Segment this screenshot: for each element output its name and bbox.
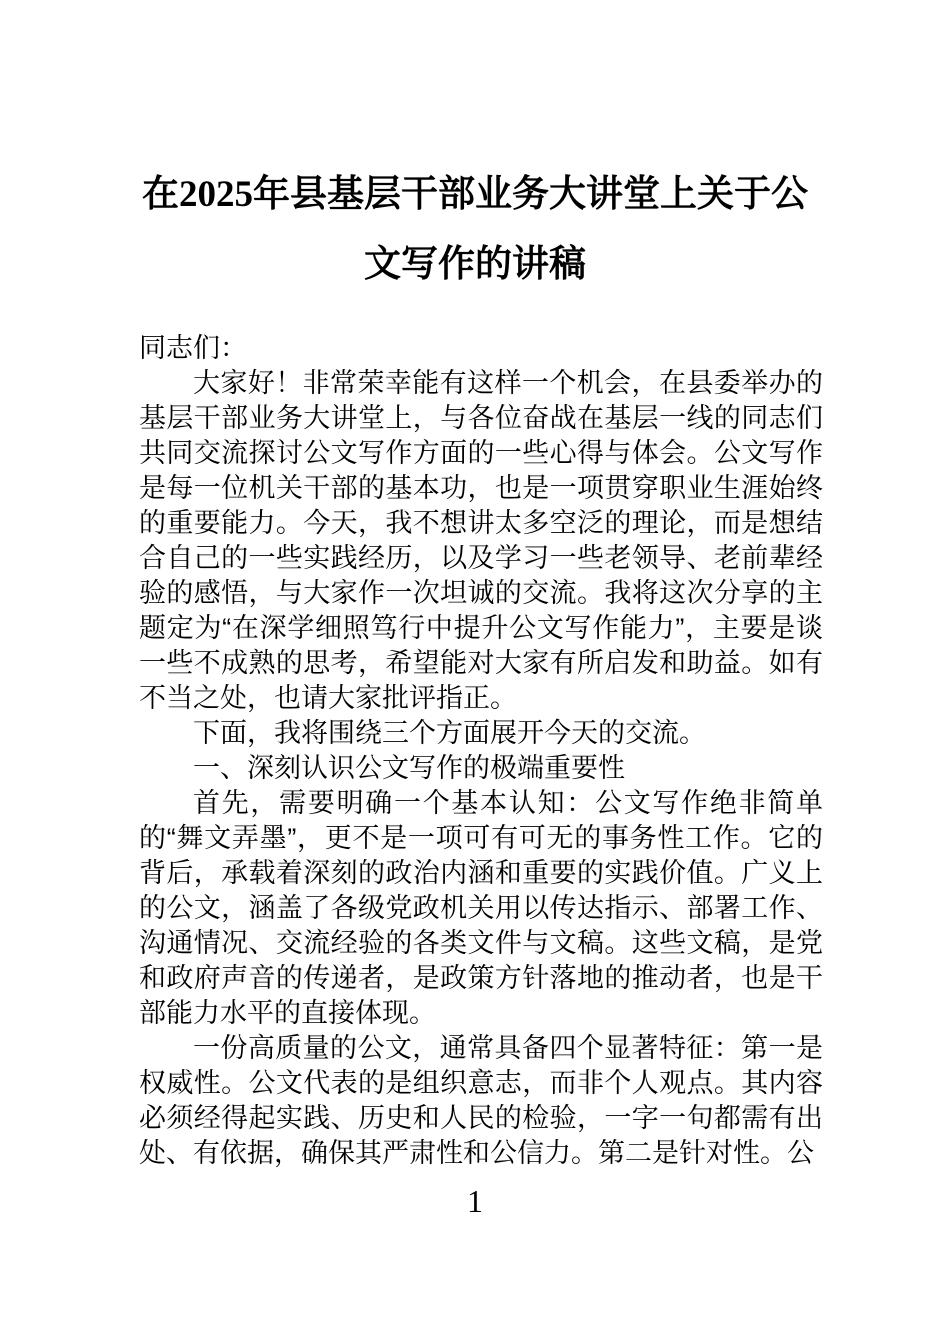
- paragraph-transition: 下面，我将围绕三个方面展开今天的交流。: [139, 716, 823, 751]
- document-page: 在2025年县基层干部业务大讲堂上关于公文写作的讲稿 同志们： 大家好！非常荣幸…: [0, 0, 950, 1344]
- document-title: 在2025年县基层干部业务大讲堂上关于公文写作的讲稿: [130, 160, 820, 300]
- page-number: 1: [0, 1184, 950, 1218]
- document-body: 同志们： 大家好！非常荣幸能有这样一个机会，在县委举办的基层干部业务大讲堂上，与…: [139, 331, 823, 1171]
- paragraph-section1-body1: 首先，需要明确一个基本认知：公文写作绝非简单的“舞文弄墨”，更不是一项可有可无的…: [139, 786, 823, 1031]
- paragraph-section1-body2: 一份高质量的公文，通常具备四个显著特征：第一是权威性。公文代表的是组织意志，而非…: [139, 1031, 823, 1171]
- section-heading-1: 一、深刻认识公文写作的极端重要性: [139, 751, 823, 786]
- paragraph-opening: 大家好！非常荣幸能有这样一个机会，在县委举办的基层干部业务大讲堂上，与各位奋战在…: [139, 366, 823, 716]
- paragraph-salutation: 同志们：: [139, 331, 823, 366]
